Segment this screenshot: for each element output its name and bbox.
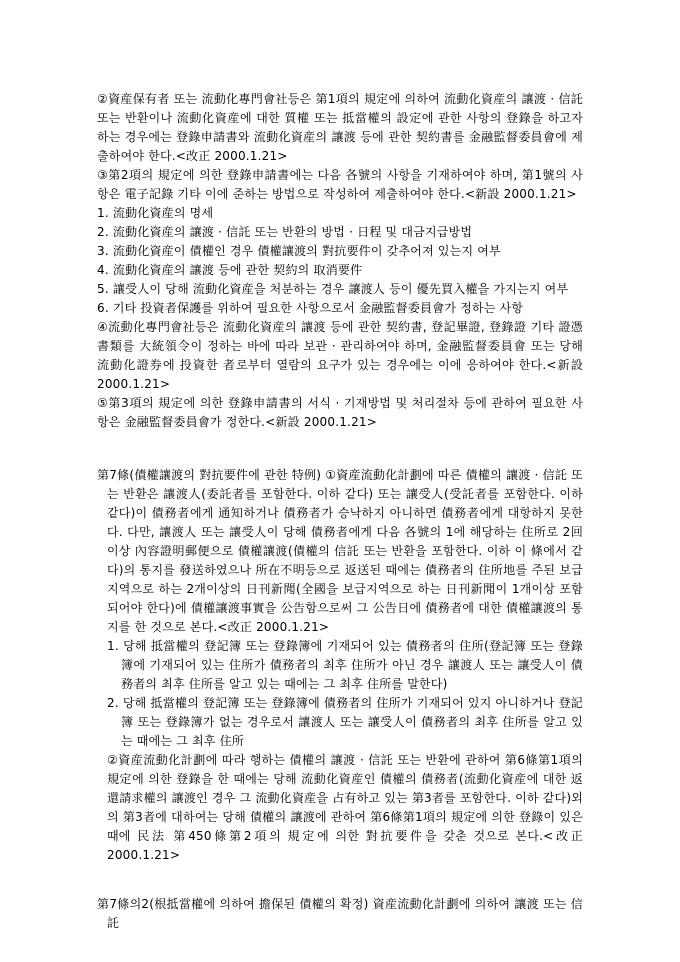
document-page: ②資産保有者 또는 流動化專門會社등은 第1項의 規定에 의하여 流動化資産의 …: [0, 0, 680, 962]
law-list-item: 2. 당해 抵當權의 登記簿 또는 登錄簿에 債務者의 住所가 기재되어 있지 …: [97, 694, 583, 751]
law-list-item: 1. 당해 抵當權의 登記簿 또는 登錄簿에 기재되어 있는 債務者의 住所(登…: [97, 637, 583, 694]
law-list-item: 2. 流動化資産의 讓渡 · 信託 또는 반환의 방법 · 日程 및 대금지급방…: [97, 223, 583, 242]
law-list-item: 3. 流動化資産이 債權인 경우 債權讓渡의 對抗要件이 갖추어져 있는지 여부: [97, 242, 583, 261]
article-heading-paragraph: 第7條의2(根抵當權에 의하여 擔保된 債權의 확정) 資産流動化計劃에 의하여…: [97, 895, 583, 933]
law-list-item: 5. 讓受人이 당해 流動化資産을 처분하는 경우 讓渡人 등이 優先買入權을 …: [97, 280, 583, 299]
article-heading-paragraph: 第7條(債權讓渡의 對抗要件에 관한 特例) ①資産流動化計劃에 따른 債權의 …: [97, 466, 583, 637]
law-paragraph: ⑤第3項의 規定에 의한 登錄申請書의 서식 · 기재방법 및 처리절차 등에 …: [97, 394, 583, 432]
law-list-item: 6. 기타 投資者保護를 위하여 필요한 사항으로서 金融監督委員會가 정하는 …: [97, 299, 583, 318]
law-paragraph: ④流動化專門會社등은 流動化資産의 讓渡 등에 관한 契約書, 登記畢證, 登錄…: [97, 318, 583, 394]
law-paragraph: ③第2項의 規定에 의한 登錄申請書에는 다음 各號의 사항을 기재하여야 하며…: [97, 166, 583, 204]
section-article-7-2: 第7條의2(根抵當權에 의하여 擔保된 債權의 확정) 資産流動化計劃에 의하여…: [97, 895, 583, 933]
law-paragraph: ②資産流動化計劃에 따라 행하는 債權의 讓渡 · 信託 또는 반환에 관하여 …: [97, 751, 583, 865]
section-article-6: ②資産保有者 또는 流動化專門會社등은 第1項의 規定에 의하여 流動化資産의 …: [97, 90, 583, 432]
law-list-item: 1. 流動化資産의 명세: [97, 204, 583, 223]
law-list-item: 4. 流動化資産의 讓渡 등에 관한 契約의 取消要件: [97, 261, 583, 280]
section-article-7: 第7條(債權讓渡의 對抗要件에 관한 特例) ①資産流動化計劃에 따른 債權의 …: [97, 466, 583, 865]
law-paragraph: ②資産保有者 또는 流動化專門會社등은 第1項의 規定에 의하여 流動化資産의 …: [97, 90, 583, 166]
